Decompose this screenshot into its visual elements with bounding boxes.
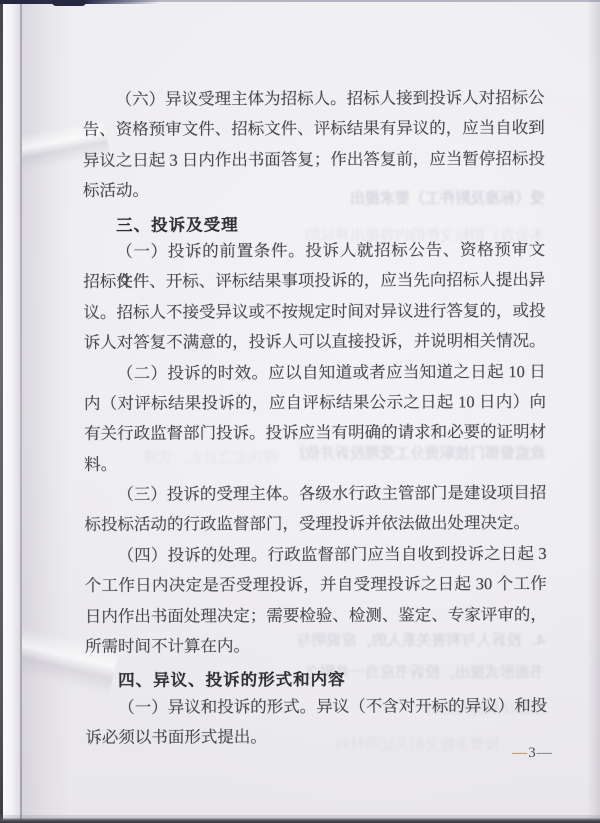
document-body: （六）异议受理主体为招标人。招标人接到投诉人对招标公告、资格预审文件、招标文件、… <box>83 83 548 754</box>
scanned-document-page: 受（标准及附件工）要求提出本公告）招标文件的内容提出异议的政监督部门按职责分工受… <box>0 0 600 823</box>
text-line: 有关行政监督部门投诉。投诉应当有明确的请求和必要的证明材 <box>84 417 546 449</box>
text-line: 招标文件、开标、评标结果事项投诉的，应当先向招标人提出异 <box>83 265 545 297</box>
scanner-edge-right <box>587 0 600 823</box>
text-line: 议。招标人不接受异议或不按规定时间对异议进行答复的，或投 <box>83 296 545 328</box>
scanner-edge-left <box>0 0 3 823</box>
page-number-value: 3 <box>527 745 537 761</box>
text-line: 告、资格预审文件、招标文件、评标结果有异议的，应当自收到 <box>83 113 545 145</box>
under-page-edge <box>3 0 20 823</box>
page-number-dash-right: — <box>537 745 552 761</box>
scanner-edge-bottom <box>0 818 600 823</box>
section-heading: 三、投诉及受理 <box>83 209 545 241</box>
text-line: 内（对评标结果投诉的，应自评标结果公示之日起 10 日内）向 <box>84 387 546 419</box>
page-number-dash-left: — <box>512 745 527 761</box>
page-number: —3— <box>504 745 560 761</box>
text-line: （六）异议受理主体为招标人。招标人接到投诉人对招标公 <box>83 83 545 115</box>
section-heading: 四、异议、投诉的形式和内容 <box>85 664 547 696</box>
text-line: 异议之日起 3 日内作出书面答复；作出答复前，应当暂停招标投 <box>83 144 545 176</box>
text-line: 所需时间不计算在内。 <box>85 630 547 662</box>
text-line: 日内作出书面处理决定；需要检验、检测、鉴定、专家评审的， <box>85 600 547 632</box>
text-line: 标投标活动的行政监督部门，受理投诉并依法做出处理决定。 <box>84 508 546 540</box>
text-line: 诉人对答复不满意的，投诉人可以直接投诉，并说明相关情况。 <box>84 326 546 358</box>
scanner-edge-top-mark <box>52 0 86 6</box>
text-line: （二）投诉的时效。应以自知道或者应当知道之日起 10 日 <box>84 357 546 389</box>
text-line: 诉必须以书面形式提出。 <box>85 721 547 753</box>
text-line: 个工作日内决定是否受理投诉，并自受理投诉之日起 30 个工作 <box>85 569 547 601</box>
text-line: （三）投诉的受理主体。各级水行政主管部门是建设项目招 <box>84 478 546 510</box>
text-line: 料。 <box>84 448 546 480</box>
page-fold-line <box>20 0 22 823</box>
text-line: 标活动。 <box>83 174 545 206</box>
text-line: （四）投诉的处理。行政监督部门应当自收到投诉之日起 3 <box>85 539 547 571</box>
